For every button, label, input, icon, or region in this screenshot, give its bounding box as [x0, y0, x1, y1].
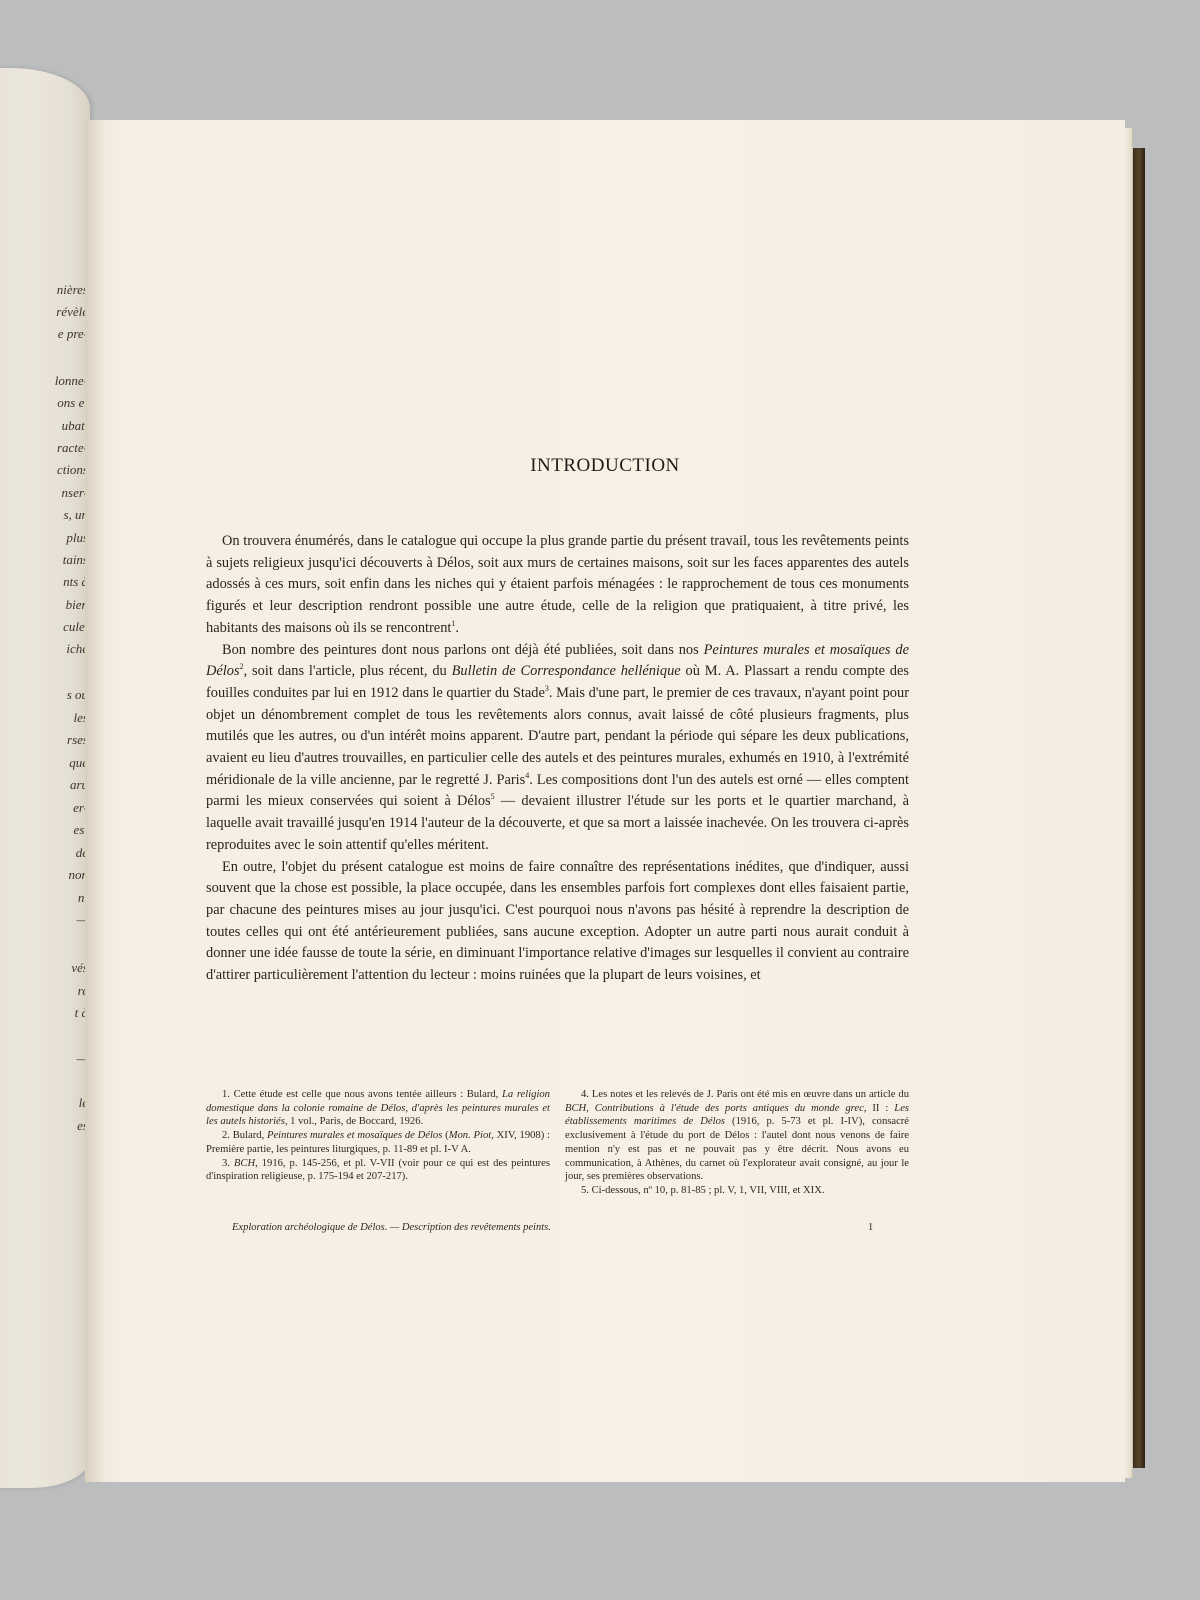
footnotes-right-column: 4. Les notes et les relevés de J. Paris … [565, 1088, 909, 1198]
footnote: 2. Bulard, Peintures murales et mosaïque… [206, 1129, 550, 1156]
footnote: 3. BCH, 1916, p. 145-256, et pl. V-VII (… [206, 1157, 550, 1184]
left-page-fragment: nières [57, 282, 88, 298]
main-body-text: On trouvera énumérés, dans le catalogue … [206, 531, 909, 987]
body-paragraph: On trouvera énumérés, dans le catalogue … [206, 531, 909, 640]
footnotes-left-column: 1. Cette étude est celle que nous avons … [206, 1088, 550, 1198]
running-footer: Exploration archéologique de Délos. — De… [232, 1222, 892, 1233]
book-cover-edge [1133, 148, 1145, 1468]
left-page-fragment: lonne- [55, 373, 88, 389]
footnotes: 1. Cette étude est celle que nous avons … [206, 1088, 909, 1198]
page-number: 1 [868, 1222, 873, 1233]
left-page-text-fragments: nièresrévèlee pre-lonne-ons etubat,racte… [0, 0, 88, 1600]
page-title: INTRODUCTION [85, 455, 1125, 477]
left-page-fragment: ons et [57, 395, 88, 411]
footnote: 5. Ci-dessous, nº 10, p. 81-85 ; pl. V, … [565, 1184, 909, 1198]
body-paragraph: En outre, l'objet du présent catalogue e… [206, 857, 909, 987]
left-page-fragment: e pre- [58, 326, 88, 342]
footnote: 4. Les notes et les relevés de J. Paris … [565, 1088, 909, 1184]
left-page-fragment: révèle [56, 304, 88, 320]
gutter-shadow [85, 120, 105, 1482]
left-page-fragment: ctions [57, 462, 88, 478]
body-paragraph: Bon nombre des peintures dont nous parlo… [206, 640, 909, 857]
left-page-fragment: racte- [57, 440, 88, 456]
footnote: 1. Cette étude est celle que nous avons … [206, 1088, 550, 1129]
